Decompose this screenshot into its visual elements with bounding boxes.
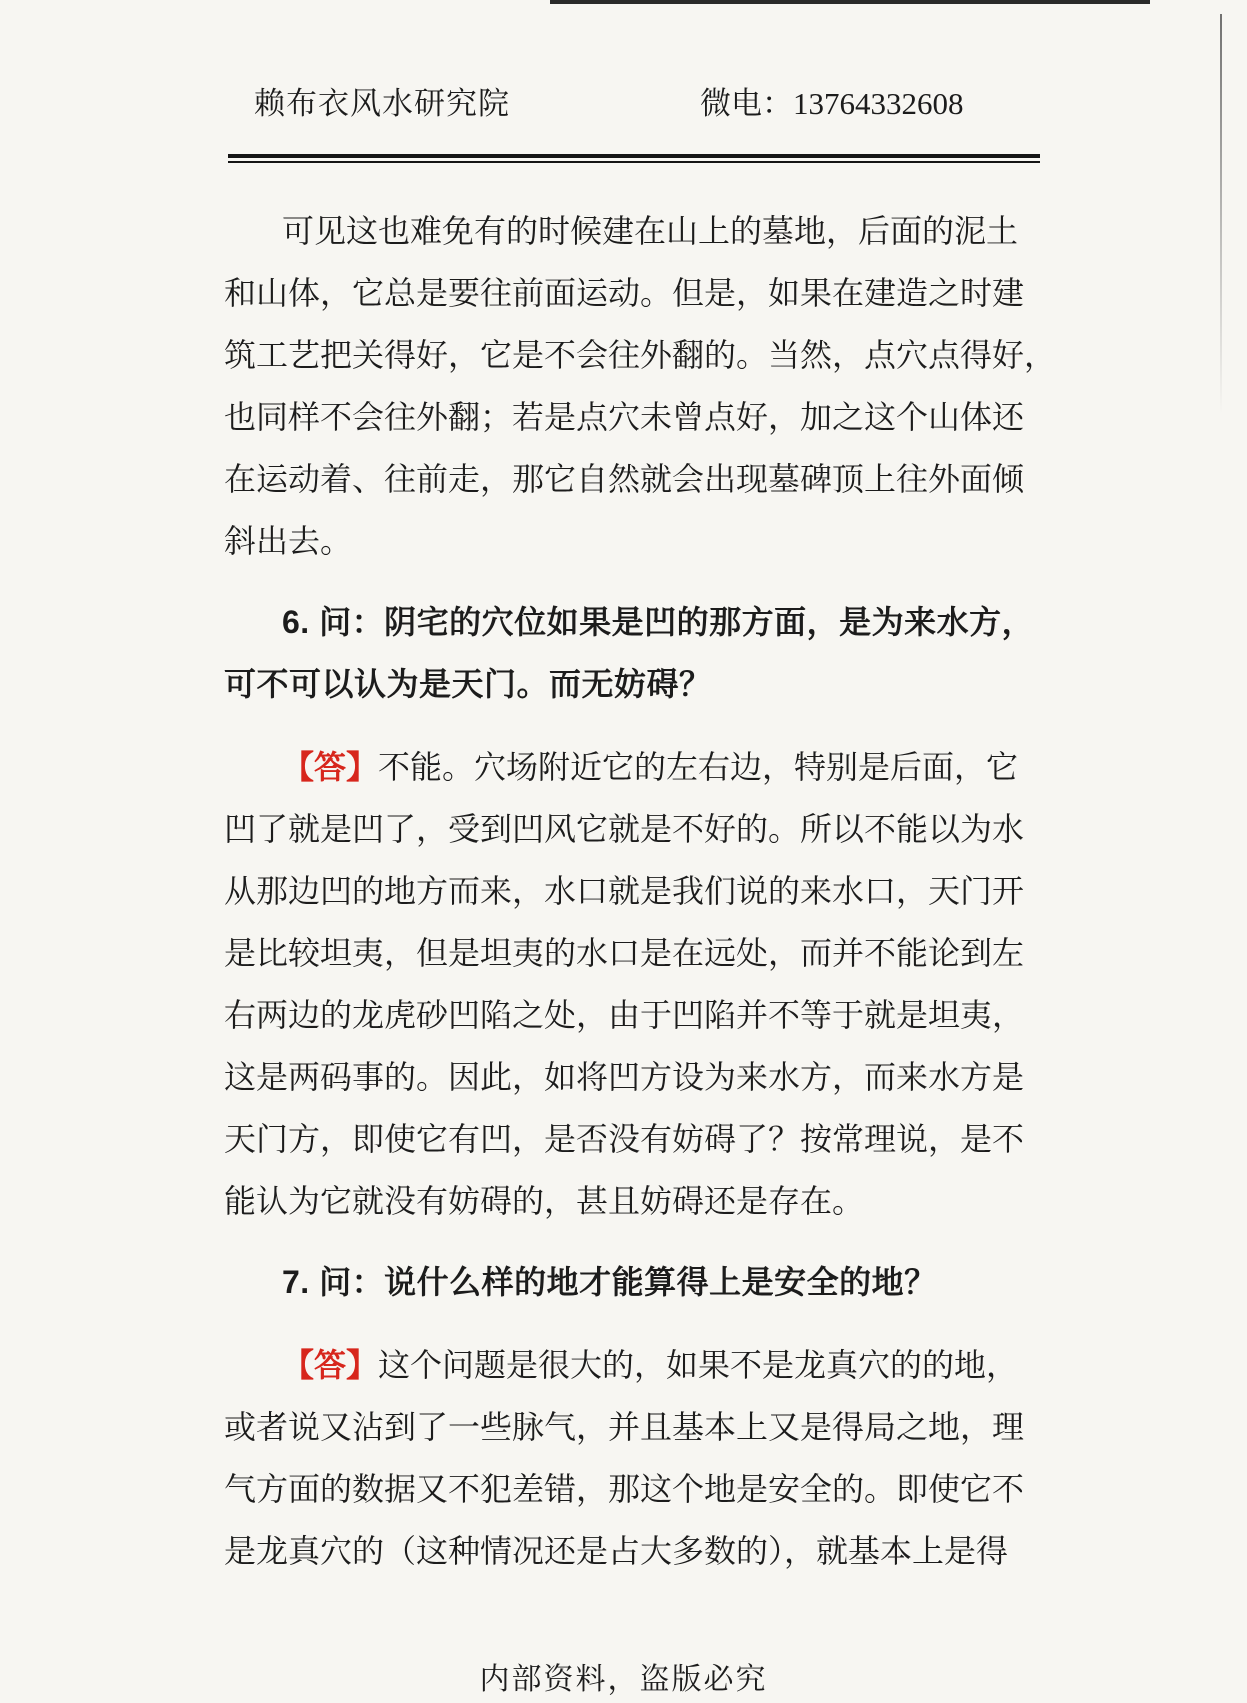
header-double-rule (228, 154, 1040, 163)
question-heading: 6. 问：阴宅的穴位如果是凹的那方面，是为来水方，可不可以认为是天门。而无妨碍？ (224, 591, 1024, 715)
text-line: 右两边的龙虎砂凹陷之处，由于凹陷并不等于就是坦夷， (224, 984, 1024, 1046)
header-contact-number: 微电：13764332608 (700, 78, 964, 123)
text-line: 可见这也难免有的时候建在山上的墓地，后面的泥土 (224, 200, 1024, 262)
text-line: 也同样不会往外翻；若是点穴未曾点好，加之这个山体还 (224, 386, 1024, 448)
header-institute-name: 赖布衣风水研究院 (254, 78, 510, 123)
text-line: 在运动着、往前走，那它自然就会出现墓碑顶上往外面倾 (224, 448, 1024, 510)
text-line: 能认为它就没有妨碍的，甚且妨碍还是存在。 (224, 1170, 1024, 1232)
document-body: 可见这也难免有的时候建在山上的墓地，后面的泥土和山体，它总是要往前面运动。但是，… (224, 200, 1024, 1582)
text-line: 气方面的数据又不犯差错，那这个地是安全的。即使它不 (224, 1458, 1024, 1520)
text-line: 从那边凹的地方而来，水口就是我们说的来水口，天门开 (224, 860, 1024, 922)
text-line: 是比较坦夷，但是坦夷的水口是在远处，而并不能论到左 (224, 922, 1024, 984)
text-line: 筑工艺把关得好，它是不会往外翻的。当然，点穴点得好， (224, 324, 1024, 386)
answer-label: 【答】 (282, 1347, 378, 1383)
question-heading: 7. 问：说什么样的地才能算得上是安全的地？ (224, 1251, 1024, 1313)
text-line: 6. 问：阴宅的穴位如果是凹的那方面，是为来水方， (224, 591, 1024, 653)
answer-label: 【答】 (282, 749, 378, 785)
scan-artifact-vertical-line (1220, 14, 1222, 414)
answer-paragraph: 【答】这个问题是很大的，如果不是龙真穴的的地，或者说又沾到了一些脉气，并且基本上… (224, 1334, 1024, 1582)
answer-paragraph: 【答】不能。穴场附近它的左右边，特别是后面，它凹了就是凹了，受到凹风它就是不好的… (224, 736, 1024, 1232)
text-line: 可不可以认为是天门。而无妨碍？ (224, 653, 1024, 715)
text-line: 斜出去。 (224, 510, 1024, 572)
footer-notice: 内部资料，盗版必究 (0, 1654, 1247, 1698)
answer-first-line-text: 不能。穴场附近它的左右边，特别是后面，它 (378, 749, 1018, 785)
text-line: 和山体，它总是要往前面运动。但是，如果在建造之时建 (224, 262, 1024, 324)
scan-artifact-top-line (550, 0, 1150, 4)
text-line: 这是两码事的。因此，如将凹方设为来水方，而来水方是 (224, 1046, 1024, 1108)
answer-first-line-text: 这个问题是很大的，如果不是龙真穴的的地， (378, 1347, 1018, 1383)
text-line: 7. 问：说什么样的地才能算得上是安全的地？ (224, 1251, 1024, 1313)
text-line: 【答】不能。穴场附近它的左右边，特别是后面，它 (224, 736, 1024, 798)
text-line: 或者说又沾到了一些脉气，并且基本上又是得局之地，理 (224, 1396, 1024, 1458)
document-page: 赖布衣风水研究院 微电：13764332608 可见这也难免有的时候建在山上的墓… (0, 0, 1247, 1703)
body-paragraph: 可见这也难免有的时候建在山上的墓地，后面的泥土和山体，它总是要往前面运动。但是，… (224, 200, 1024, 572)
text-line: 天门方，即使它有凹，是否没有妨碍了？按常理说，是不 (224, 1108, 1024, 1170)
text-line: 是龙真穴的（这种情况还是占大多数的），就基本上是得 (224, 1520, 1024, 1582)
text-line: 【答】这个问题是很大的，如果不是龙真穴的的地， (224, 1334, 1024, 1396)
text-line: 凹了就是凹了，受到凹风它就是不好的。所以不能以为水 (224, 798, 1024, 860)
